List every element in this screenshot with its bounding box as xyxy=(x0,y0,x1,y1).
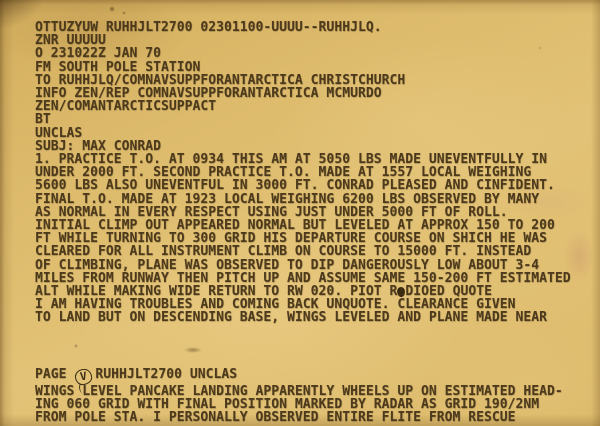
message-line: FINAL T.O. MADE AT 1923 LOCAL WEIGHING 6… xyxy=(35,193,571,206)
message-line: CLEARED FOR ALL INSTRUMENT CLIMB ON COUR… xyxy=(35,245,571,258)
message-line: ZEN/COMANTARCTICSUPPACT xyxy=(35,100,571,113)
line-text: PAGE xyxy=(35,367,74,382)
message-line: OTTUZYUW RUHHJLT2700 02301100-UUUU--RUHH… xyxy=(35,21,571,34)
message-line: FM SOUTH POLE STATION xyxy=(35,61,571,74)
telegram-paper: OTTUZYUW RUHHJLT2700 02301100-UUUU--RUHH… xyxy=(0,0,600,426)
message-line: BT xyxy=(35,113,571,126)
message-line: O 231022Z JAN 70 xyxy=(35,47,571,60)
message-line: UNCLAS xyxy=(35,127,571,140)
message-line: FROM POLE STA. I PERSONALLY OBSERVED ENT… xyxy=(35,411,563,424)
message-line: TO LAND BUT ON DESCENDING BASE, WINGS LE… xyxy=(35,311,571,324)
message-line: OF CLIMBING, PLANE WAS OBSERVED TO DIP D… xyxy=(35,259,571,272)
message-line: PAGE VRUHHJLT2700 UNCLAS xyxy=(35,368,563,385)
message-header-and-body: OTTUZYUW RUHHJLT2700 02301100-UUUU--RUHH… xyxy=(35,21,571,325)
line-text: RUHHJLT2700 UNCLAS xyxy=(95,367,237,382)
message-line: 5600 LBS ALSO UNEVENTFUL IN 3000 FT. CON… xyxy=(35,179,571,192)
message-page2-footer: PAGE VRUHHJLT2700 UNCLASWINGS LEVEL PANC… xyxy=(35,368,563,425)
